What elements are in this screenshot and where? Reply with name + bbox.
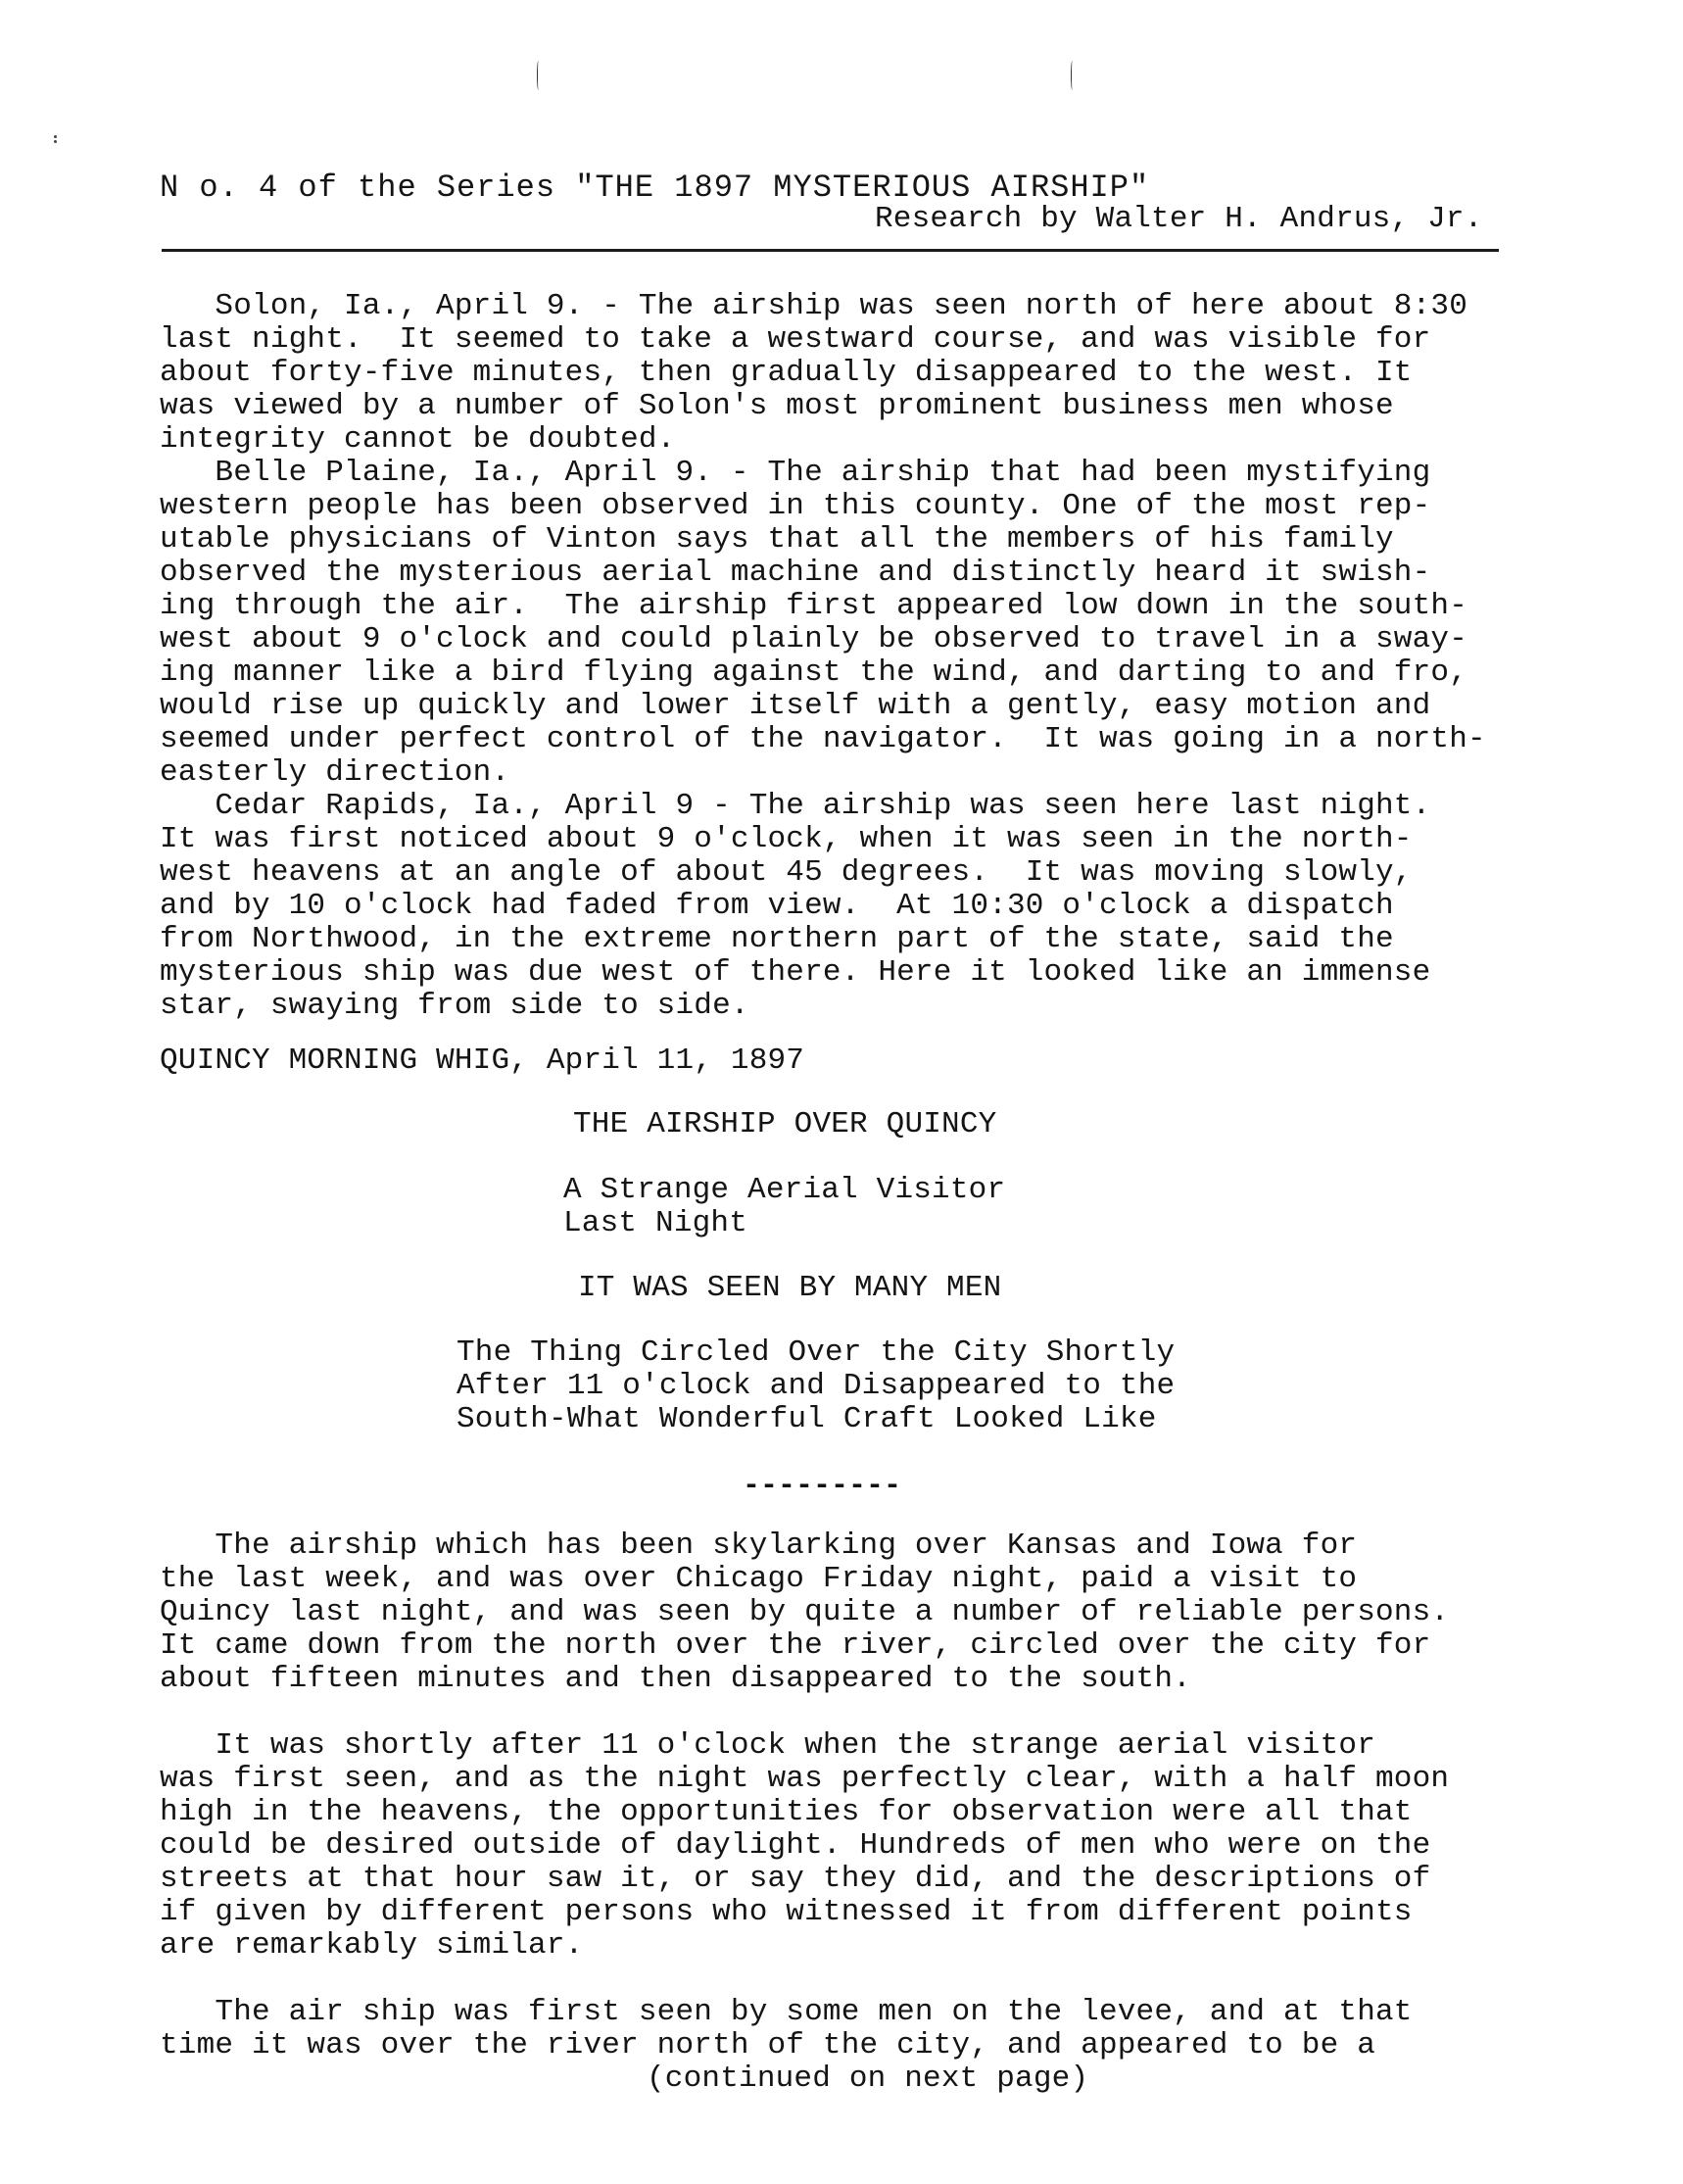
headline-deck1-line: A Strange Aerial Visitor	[563, 1174, 1005, 1207]
dispatch-line: about forty-five minutes, then gradually…	[160, 357, 1413, 390]
dispatch-line: seemed under perfect control of the navi…	[160, 723, 1486, 756]
dispatch-line: utable physicians of Vinton says that al…	[160, 523, 1394, 557]
article-line: if given by different persons who witnes…	[160, 1896, 1413, 1929]
dispatch-line: integrity cannot be doubted.	[160, 423, 676, 457]
scan-speck	[54, 140, 57, 143]
newspaper-source: QUINCY MORNING WHIG, April 11, 1897	[160, 1044, 804, 1078]
dispatch-line: mysterious ship was due west of there. H…	[160, 956, 1430, 990]
document-page: N o. 4 of the Series "THE 1897 MYSTERIOU…	[0, 0, 1683, 2184]
dispatch-line: star, swaying from side to side.	[160, 990, 749, 1023]
dispatch-line: west about 9 o'clock and could plainly b…	[160, 623, 1467, 656]
research-credit: Research by Walter H. Andrus, Jr.	[875, 203, 1483, 236]
dispatch-line: from Northwood, in the extreme northern …	[160, 923, 1394, 956]
article-line: time it was over the river north of the …	[160, 2029, 1375, 2063]
article-line: could be desired outside of daylight. Hu…	[160, 1829, 1430, 1863]
dispatch-line: ing manner like a bird flying against th…	[160, 656, 1467, 690]
article-line: streets at that hour saw it, or say they…	[160, 1863, 1430, 1896]
article-line: It came down from the north over the riv…	[160, 1629, 1430, 1663]
dispatch-line: Belle Plaine, Ia., April 9. - The airshi…	[160, 457, 1430, 490]
scan-speck	[54, 135, 57, 138]
dispatch-line: ing through the air. The airship first a…	[160, 590, 1467, 623]
article-line: The airship which has been skylarking ov…	[160, 1529, 1357, 1563]
article-line: It was shortly after 11 o'clock when the…	[160, 1729, 1375, 1763]
article-line: about fifteen minutes and then disappear…	[160, 1663, 1191, 1696]
dispatch-line: Solon, Ia., April 9. - The airship was s…	[160, 290, 1467, 323]
article-line: the last week, and was over Chicago Frid…	[160, 1563, 1357, 1596]
headline-deck1-line: Last Night	[563, 1207, 747, 1240]
dispatch-line: western people has been observed in this…	[160, 490, 1430, 523]
headline-deck2: IT WAS SEEN BY MANY MEN	[578, 1272, 1001, 1305]
dispatch-line: easterly direction.	[160, 756, 509, 790]
continued-note: (continued on next page)	[647, 2063, 1088, 2096]
dispatch-line: last night. It seemed to take a westward…	[160, 323, 1430, 357]
dispatch-line: observed the mysterious aerial machine a…	[160, 557, 1430, 590]
dispatch-line: It was first noticed about 9 o'clock, wh…	[160, 823, 1413, 856]
dispatch-line: Cedar Rapids, Ia., April 9 - The airship…	[160, 790, 1430, 823]
dispatch-line: and by 10 o'clock had faded from view. A…	[160, 890, 1394, 923]
dispatch-line: was viewed by a number of Solon's most p…	[160, 390, 1394, 423]
scan-mark	[537, 61, 540, 90]
article-line: was first seen, and as the night was per…	[160, 1763, 1449, 1796]
article-line: are remarkably similar.	[160, 1929, 583, 1963]
dispatch-line: west heavens at an angle of about 45 deg…	[160, 856, 1413, 890]
headline-deck3-line: The Thing Circled Over the City Shortly	[457, 1336, 1175, 1370]
series-title: N o. 4 of the Series "THE 1897 MYSTERIOU…	[160, 171, 1149, 205]
headline-deck3-line: After 11 o'clock and Disappeared to the	[457, 1370, 1175, 1403]
headline-divider: ---------	[743, 1470, 901, 1503]
headline-main: THE AIRSHIP OVER QUINCY	[573, 1108, 996, 1141]
article-line: Quincy last night, and was seen by quite…	[160, 1596, 1449, 1629]
scan-mark	[1071, 61, 1074, 90]
article-line: The air ship was first seen by some men …	[160, 1996, 1413, 2029]
dispatch-line: would rise up quickly and lower itself w…	[160, 690, 1430, 723]
header-rule	[162, 249, 1499, 252]
headline-deck3-line: South-What Wonderful Craft Looked Like	[457, 1403, 1157, 1436]
article-line: high in the heavens, the opportunities f…	[160, 1796, 1413, 1829]
